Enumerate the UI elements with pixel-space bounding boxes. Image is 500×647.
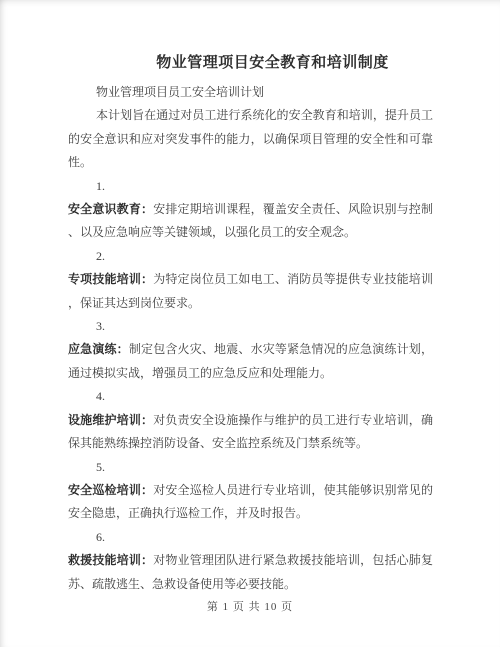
intro-paragraph: 本计划旨在通过对员工进行系统化的安全教育和培训，提升员工的安全意识和应对突发事件… <box>68 104 433 174</box>
list-item-number: 2. <box>68 245 433 268</box>
document-page: 物业管理项目安全教育和培训制度 物业管理项目员工安全培训计划 本计划旨在通过对员… <box>0 0 500 647</box>
list-item: 安全意识教育：安排定期培训课程，覆盖安全责任、风险识别与控制、以及应急响应等关键… <box>68 198 433 245</box>
list-item-number: 6. <box>68 526 433 549</box>
list-item-label: 安全巡检培训： <box>68 483 153 497</box>
page-number: 第 1 页 共 10 页 <box>0 598 500 614</box>
list-item: 安全巡检培训：对安全巡检人员进行专业培训，使其能够识别常见的安全隐患，正确执行巡… <box>68 479 433 526</box>
list-item: 专项技能培训：为特定岗位员工如电工、消防员等提供专业技能培训，保证其达到岗位要求… <box>68 268 433 315</box>
document-subtitle: 物业管理项目员工安全培训计划 <box>68 81 433 104</box>
document-body: 物业管理项目员工安全培训计划 本计划旨在通过对员工进行系统化的安全教育和培训，提… <box>68 81 433 596</box>
list-item: 设施维护培训：对负责安全设施操作与维护的员工进行专业培训，确保其能熟练操控消防设… <box>68 409 433 456</box>
list-item-label: 安全意识教育： <box>68 202 153 216</box>
list-item-number: 3. <box>68 315 433 338</box>
list-item-label: 救援技能培训： <box>68 553 153 567</box>
list-item-number: 5. <box>68 456 433 479</box>
list-item: 救援技能培训：对物业管理团队进行紧急救援技能培训，包括心肺复苏、疏散逃生、急救设… <box>68 549 433 596</box>
list-item-number: 1. <box>68 175 433 198</box>
list-item-label: 专项技能培训： <box>68 272 153 286</box>
list-item: 应急演练：制定包含火灾、地震、水灾等紧急情况的应急演练计划，通过模拟实战，增强员… <box>68 338 433 385</box>
list-item-label: 应急演练： <box>68 342 129 356</box>
document-title: 物业管理项目安全教育和培训制度 <box>68 52 433 74</box>
list-item-number: 4. <box>68 385 433 408</box>
list-item-label: 设施维护培训： <box>68 413 153 427</box>
